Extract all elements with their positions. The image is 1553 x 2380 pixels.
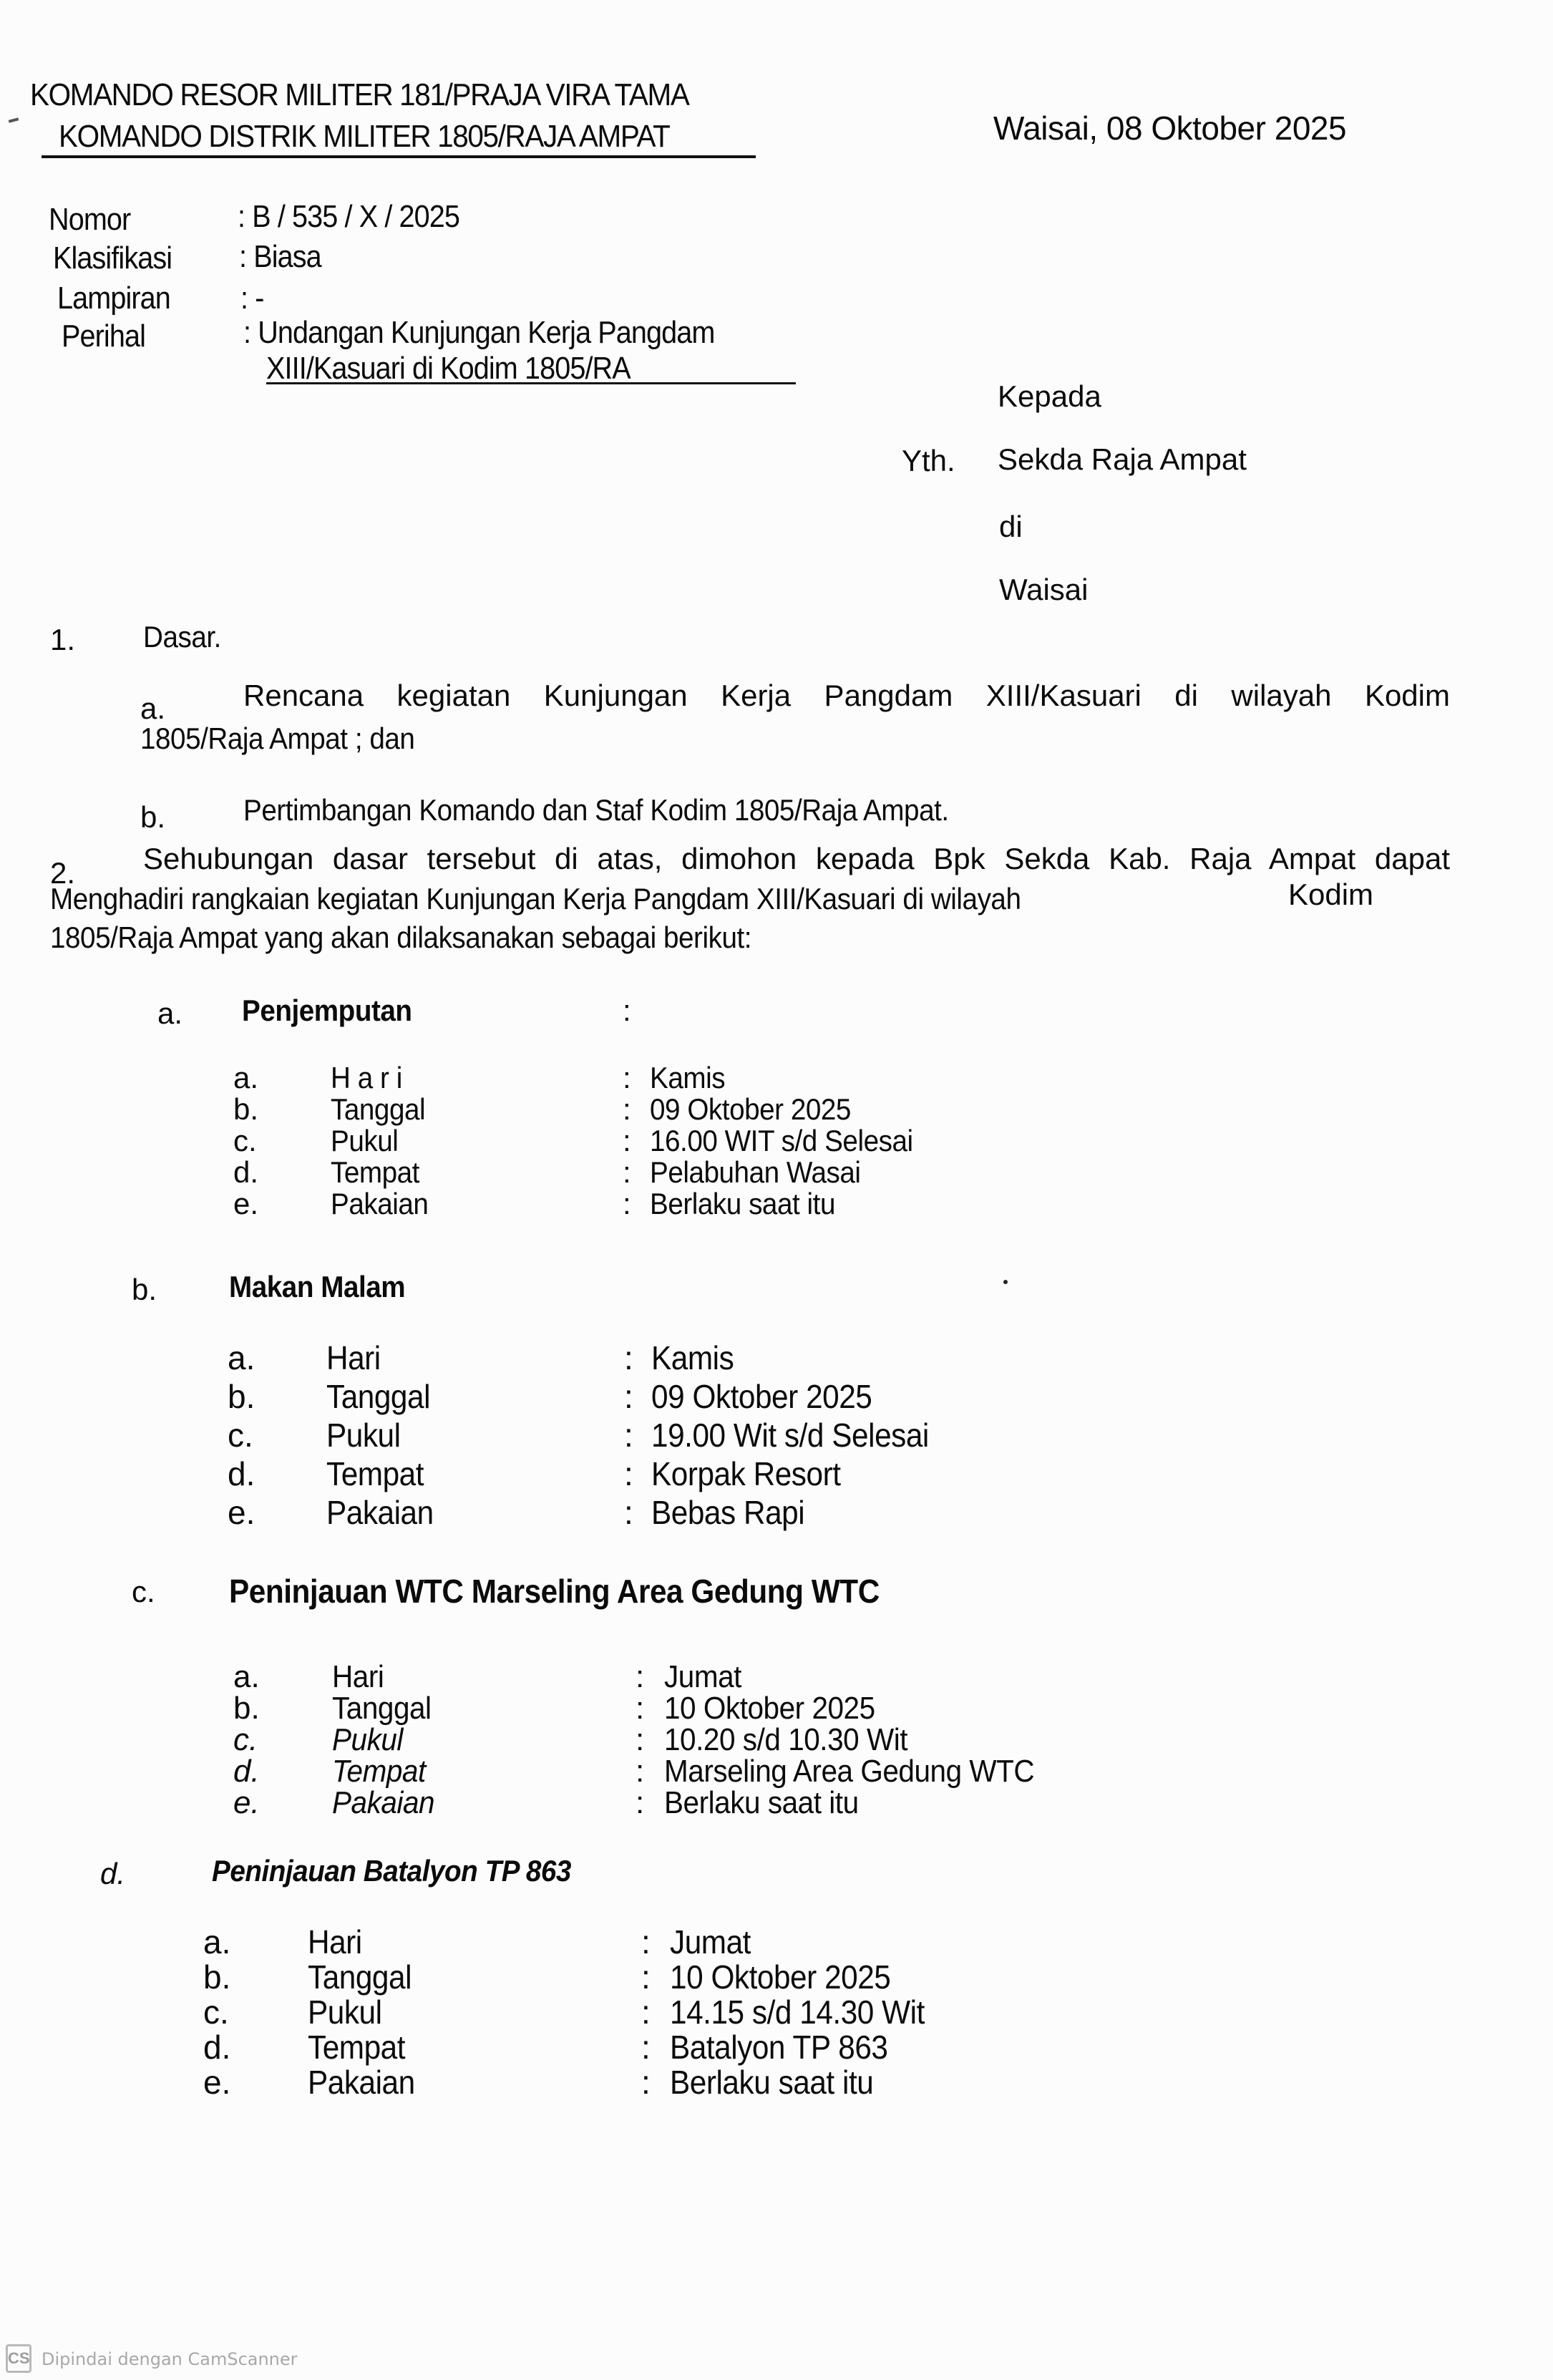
schedule-section-title: Makan Malam	[229, 1270, 405, 1304]
recipient-kepada: Kepada	[998, 379, 1101, 414]
schedule-section-letter: c.	[132, 1575, 155, 1609]
scan-dot	[1003, 1280, 1008, 1284]
schedule-row-letter: c.	[233, 1722, 258, 1758]
letterhead-line-1: KOMANDO RESOR MILITER 181/PRAJA VIRA TAM…	[30, 77, 688, 113]
schedule-row-key: Tempat	[331, 1155, 419, 1190]
schedule-row-colon: :	[641, 2063, 651, 2102]
schedule-row-letter: c.	[233, 1124, 257, 1158]
schedule-row-key: Pakaian	[331, 1187, 428, 1221]
schedule-section-title: Peninjauan WTC Marseling Area Gedung WTC	[229, 1572, 880, 1611]
schedule-row-key: Pukul	[331, 1124, 398, 1158]
schedule-row-letter: e.	[203, 2063, 230, 2102]
section-1-number: 1.	[50, 623, 75, 657]
schedule-row-value: Jumat	[670, 1923, 751, 1961]
schedule-row-value: 10 Oktober 2025	[664, 1691, 875, 1726]
schedule-row-key: Tanggal	[326, 1377, 430, 1416]
letterhead-underline	[42, 155, 756, 158]
schedule-row-value: Berlaku saat itu	[650, 1187, 835, 1221]
schedule-row-colon: :	[641, 1958, 651, 1996]
schedule-row-key: Pakaian	[332, 1785, 434, 1821]
meta-value-nomor: : B / 535 / X / 2025	[238, 199, 459, 235]
schedule-row-value: 09 Oktober 2025	[650, 1092, 851, 1127]
schedule-row-colon: :	[623, 1061, 631, 1095]
schedule-row-value: Kamis	[651, 1339, 734, 1377]
schedule-row-value: 14.15 s/d 14.30 Wit	[670, 1993, 925, 2031]
schedule-row-value: 10 Oktober 2025	[670, 1958, 890, 1996]
schedule-row-key: Hari	[308, 1923, 362, 1961]
schedule-row-colon: :	[641, 1993, 651, 2031]
schedule-row-value: Berlaku saat itu	[670, 2063, 873, 2102]
meta-value-lampiran: : -	[240, 281, 263, 316]
perihal-underline	[266, 382, 796, 384]
schedule-row-key: Pakaian	[326, 1493, 434, 1532]
schedule-row-key: Tempat	[332, 1754, 426, 1789]
schedule-row-colon: :	[624, 1339, 633, 1377]
place-date: Waisai, 08 Oktober 2025	[993, 109, 1346, 147]
schedule-row-key: Tempat	[308, 2028, 405, 2066]
recipient-name: Sekda Raja Ampat	[998, 442, 1247, 477]
schedule-row-letter: c.	[203, 1993, 229, 2031]
schedule-row-letter: d.	[233, 1754, 260, 1789]
schedule-row-letter: a.	[233, 1061, 258, 1095]
schedule-row-key: Pakaian	[308, 2063, 415, 2102]
section-2-line1: Sehubungan dasar tersebut di atas, dimoh…	[143, 842, 1450, 876]
schedule-row-value: 19.00 Wit s/d Selesai	[651, 1416, 929, 1454]
schedule-row-colon: :	[624, 1454, 633, 1493]
schedule-row-value: Jumat	[664, 1659, 741, 1695]
schedule-row-colon: :	[623, 1124, 631, 1158]
schedule-row-value: Korpak Resort	[651, 1454, 841, 1493]
schedule-section-colon: :	[623, 994, 631, 1028]
schedule-row-letter: e.	[233, 1187, 258, 1221]
schedule-row-value: Bebas Rapi	[651, 1493, 804, 1532]
schedule-row-letter: d.	[228, 1454, 255, 1493]
letterhead-line-2: KOMANDO DISTRIK MILITER 1805/RAJA AMPAT	[59, 119, 669, 155]
schedule-row-key: Tempat	[326, 1454, 424, 1493]
schedule-row-value: Pelabuhan Wasai	[650, 1155, 861, 1190]
schedule-row-letter: a.	[203, 1923, 230, 1961]
meta-value-klasifikasi: : Biasa	[239, 239, 321, 275]
schedule-row-letter: d.	[233, 1155, 258, 1190]
schedule-row-key: Hari	[326, 1339, 381, 1377]
recipient-di: di	[999, 510, 1023, 544]
dasar-a-letter: a.	[140, 691, 165, 726]
meta-label-lampiran: Lampiran	[57, 281, 170, 316]
schedule-row-key: Hari	[332, 1659, 384, 1695]
schedule-row-letter: e.	[233, 1785, 260, 1821]
schedule-row-colon: :	[636, 1785, 644, 1821]
schedule-row-key: Pukul	[308, 1993, 382, 2031]
schedule-row-letter: a.	[228, 1339, 255, 1377]
recipient-yth: Yth.	[902, 444, 955, 478]
camscanner-watermark: Dipindai dengan CamScanner	[42, 2349, 298, 2369]
recipient-place: Waisai	[999, 573, 1088, 607]
schedule-row-colon: :	[624, 1493, 633, 1532]
schedule-row-letter: c.	[228, 1416, 253, 1454]
schedule-row-letter: b.	[233, 1691, 260, 1726]
schedule-section-title: Peninjauan Batalyon TP 863	[212, 1854, 571, 1888]
schedule-row-colon: :	[624, 1377, 633, 1416]
schedule-row-key: Pukul	[326, 1416, 401, 1454]
schedule-row-key: Tanggal	[332, 1691, 432, 1726]
schedule-row-colon: :	[636, 1659, 644, 1695]
meta-value-perihal-line2: XIII/Kasuari di Kodim 1805/RA	[266, 351, 631, 387]
meta-label-perihal: Perihal	[62, 319, 145, 354]
meta-label-klasifikasi: Klasifikasi	[53, 241, 172, 276]
meta-label-nomor: Nomor	[49, 202, 130, 238]
schedule-row-value: Marseling Area Gedung WTC	[664, 1754, 1034, 1789]
schedule-row-value: Batalyon TP 863	[670, 2028, 887, 2066]
schedule-section-letter: d.	[100, 1857, 125, 1891]
scan-mark	[9, 117, 19, 122]
dasar-a-line2: 1805/Raja Ampat ; dan	[140, 722, 414, 756]
dasar-a-line1: Rencana kegiatan Kunjungan Kerja Pangdam…	[243, 679, 1450, 713]
schedule-row-colon: :	[623, 1155, 631, 1190]
schedule-row-value: 16.00 WIT s/d Selesai	[650, 1124, 913, 1158]
section-2-line2: Menghadiri rangkaian kegiatan Kunjungan …	[50, 882, 1021, 916]
dasar-b-text: Pertimbangan Komando dan Staf Kodim 1805…	[243, 793, 949, 827]
schedule-row-value: 09 Oktober 2025	[651, 1377, 872, 1416]
section-2-line3: 1805/Raja Ampat yang akan dilaksanakan s…	[50, 921, 751, 955]
camscanner-logo-icon: CS	[6, 2344, 31, 2373]
schedule-row-key: Pukul	[332, 1722, 403, 1758]
schedule-row-letter: b.	[203, 1958, 230, 1996]
schedule-row-value: Kamis	[650, 1061, 725, 1095]
schedule-section-letter: b.	[132, 1273, 157, 1307]
schedule-row-colon: :	[641, 1923, 651, 1961]
schedule-row-letter: b.	[228, 1377, 255, 1416]
schedule-row-key: Tanggal	[308, 1958, 412, 1996]
schedule-row-colon: :	[641, 2028, 651, 2066]
schedule-row-colon: :	[636, 1722, 644, 1758]
schedule-row-key: H a r i	[331, 1061, 402, 1095]
schedule-row-letter: d.	[203, 2028, 230, 2066]
schedule-row-value: 10.20 s/d 10.30 Wit	[664, 1722, 907, 1758]
schedule-row-value: Berlaku saat itu	[664, 1785, 859, 1821]
schedule-row-colon: :	[636, 1754, 644, 1789]
schedule-row-letter: e.	[228, 1493, 255, 1532]
schedule-row-colon: :	[624, 1416, 633, 1454]
schedule-row-key: Tanggal	[331, 1092, 425, 1127]
schedule-section-title: Penjemputan	[242, 994, 412, 1028]
schedule-row-letter: a.	[233, 1659, 260, 1695]
section-1-title: Dasar.	[143, 620, 221, 654]
section-2-line2-end: Kodim	[1288, 878, 1373, 912]
schedule-row-colon: :	[636, 1691, 644, 1726]
schedule-row-colon: :	[623, 1092, 631, 1127]
meta-value-perihal: : Undangan Kunjungan Kerja Pangdam	[243, 315, 715, 351]
schedule-row-colon: :	[623, 1187, 631, 1221]
dasar-b-letter: b.	[140, 800, 165, 835]
schedule-section-letter: a.	[157, 996, 182, 1031]
schedule-row-letter: b.	[233, 1092, 258, 1127]
